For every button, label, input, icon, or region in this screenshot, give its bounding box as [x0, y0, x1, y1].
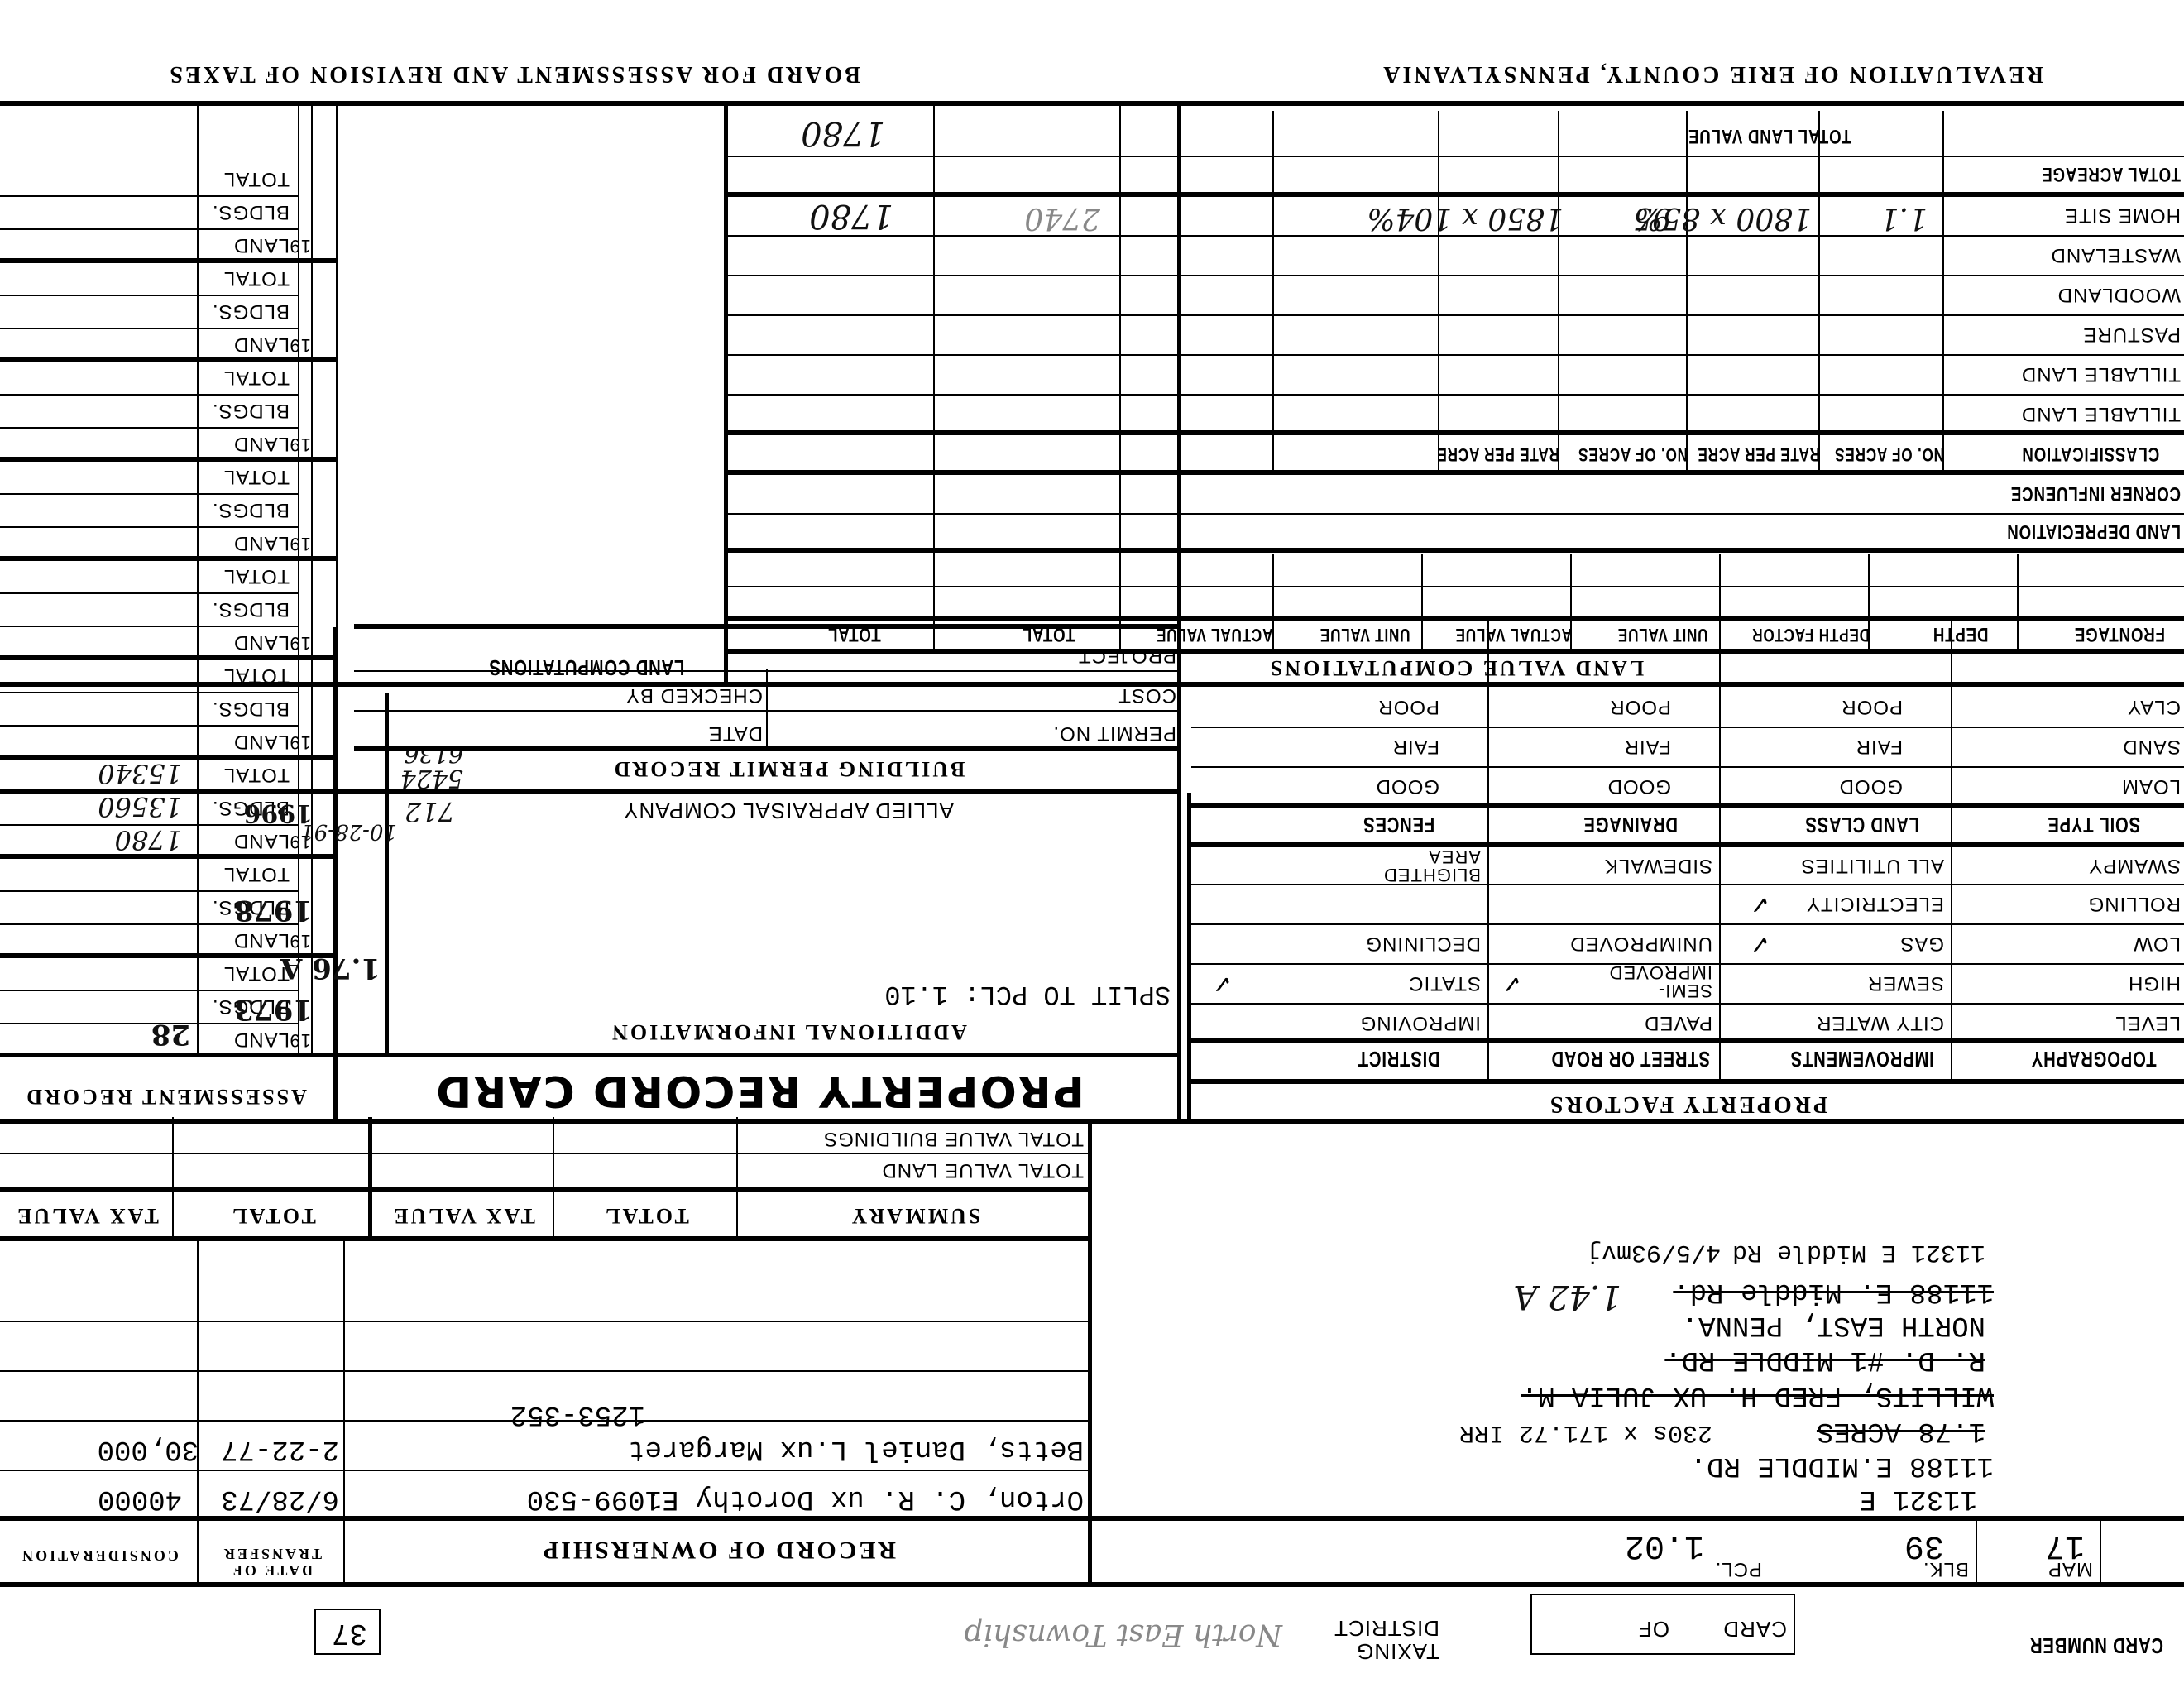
card-of-box: CARD OF: [1530, 1594, 1795, 1655]
improvement-city-water: CITY WATER: [1816, 1011, 1944, 1034]
semi-improved-check-icon: ✓: [1501, 969, 1522, 998]
topo-rolling: ROLLING: [2088, 892, 2181, 915]
soil-loam: LOAM: [2121, 774, 2181, 798]
assess-8-bldgs-label: BLDGS.: [212, 200, 290, 223]
owner-line-5: NORTH EAST, PENNA.: [1682, 1309, 1985, 1340]
improvement-sewer: SEWER: [1867, 971, 1944, 995]
deed-1: 1253-352: [510, 1398, 645, 1430]
class-woodland: WOODLAND: [2057, 283, 2181, 306]
fences-fair: FAIR: [1392, 735, 1439, 758]
district-static: STATIC: [1408, 971, 1481, 995]
unit-value-header-2: UNIT VALUE: [1307, 624, 1423, 645]
home-site-acres-1: 1.1: [1880, 201, 1928, 235]
drainage-poor: POOR: [1609, 695, 1671, 718]
handwritten-acreage-note: 1.42 A: [1513, 1278, 1621, 1316]
assess-8-year-prefix: 19: [290, 235, 311, 257]
assess-0-year-prefix: 19: [290, 1029, 311, 1051]
assess-8-land-label: LAND: [233, 233, 290, 257]
land-class-good: GOOD: [1839, 774, 1903, 798]
district-declining: DECLINING: [1365, 932, 1481, 955]
home-site-total-2: 1780: [809, 197, 893, 235]
footer-revaluation: REVALUATION OF ERIE COUNTY, PENNSYLVANIA: [1381, 60, 2043, 87]
land-class-header: LAND CLASS: [1772, 812, 1952, 837]
owner-line-6: 11188 E. Middle Rd.: [1673, 1276, 1994, 1307]
owner-dimensions: 230s x 171.72 IRR: [1459, 1418, 1712, 1446]
total-land-value-label: TOTAL LAND VALUE: [1355, 124, 2184, 147]
street-semi-improved: SEMI-IMPROVED: [1613, 963, 1712, 1000]
summary-tax-header-2: TAX VALUE: [0, 1203, 174, 1228]
soil-type-header: SOIL TYPE: [2004, 812, 2184, 837]
improvement-electricity: ELECTRICITY: [1806, 892, 1944, 915]
street-unimproved: UNIMPROVED: [1569, 932, 1712, 955]
permit-cost-label: COST: [1118, 683, 1176, 707]
summary-header: SUMMARY: [738, 1203, 1092, 1228]
blk-value: 39: [1904, 1527, 1944, 1564]
class-pasture: PASTURE: [2082, 323, 2181, 346]
no-acres-header-2: NO. OF ACRES: [1588, 444, 1688, 465]
assess-3-bldgs-label: BLDGS.: [212, 697, 290, 720]
total-header-1: TOTAL: [976, 622, 1122, 645]
street-sidewalk: SIDEWALK: [1604, 854, 1712, 877]
street-paved: PAVED: [1644, 1011, 1712, 1034]
assess-0-land-label: LAND: [233, 1028, 290, 1051]
owner-name-0: Orton, C. R. ux Dorothy E.: [645, 1483, 1085, 1514]
taxing-district-label: TAXING DISTRICT: [1315, 1617, 1439, 1663]
drainage-fair: FAIR: [1624, 735, 1671, 758]
owner-line-3: WILLITS, FRED H. UX JULIA M.: [1521, 1379, 1994, 1411]
transfer-date-0: 6/28/73: [221, 1483, 339, 1514]
pcl-value: 1.02: [1625, 1527, 1704, 1564]
assess-7-bldgs-label: BLDGS.: [212, 300, 290, 323]
assess-1-year-prefix: 19: [290, 930, 311, 952]
appraisal-code-712: 712: [405, 796, 455, 827]
assess-3-year-prefix: 19: [290, 731, 311, 753]
street-header: STREET OR ROAD: [1540, 1046, 1721, 1072]
assess-2-total-value: 15340: [98, 758, 182, 789]
fences-good: GOOD: [1376, 774, 1439, 798]
class-tillable-1: TILLABLE LAND: [2021, 402, 2181, 425]
improvements-header: IMPROVEMENTS: [1772, 1046, 1952, 1072]
pcl-label: PCL.: [1715, 1557, 1762, 1580]
assess-2-bldgs-value: 13560: [98, 791, 182, 822]
checked-by-label: CHECKED BY: [625, 683, 763, 707]
total-acreage-label: TOTAL ACREAGE: [2041, 162, 2181, 185]
assess-2-land-value: 1780: [115, 824, 182, 856]
summary-total-header-1: TOTAL: [554, 1203, 738, 1228]
owner-line-4: R. D. #1 MIDDLE RD.: [1664, 1344, 1985, 1375]
appraisal-company: ALLIED APPRAISAL COMPANY: [395, 798, 1181, 823]
assess-1-total-label: TOTAL: [223, 862, 290, 885]
of-label: OF: [1638, 1616, 1669, 1642]
district-code-box: 37: [314, 1609, 381, 1655]
district-improving: IMPROVING: [1360, 1011, 1481, 1034]
summary-row-land: TOTAL VALUE LAND: [881, 1158, 1084, 1182]
frontage-header: FRONTAGE: [2055, 622, 2184, 645]
address-note: 4/5/93mvj: [1587, 1238, 1721, 1266]
land-depreciation-label: LAND DEPRECIATION: [2006, 520, 2181, 543]
topo-level: LEVEL: [2115, 1011, 2181, 1034]
owner-name-1: Betts, Daniel L.ux Margaret: [628, 1433, 1084, 1465]
consideration-header: CONSIDERATION: [0, 1547, 199, 1564]
fences-header: FENCES: [1309, 812, 1489, 837]
unit-value-header-1: UNIT VALUE: [1605, 624, 1721, 645]
assess-6-land-label: LAND: [233, 432, 290, 455]
assess-7-year-prefix: 19: [290, 334, 311, 356]
consideration-0: 40000: [98, 1483, 182, 1514]
summary-total-header-2: TOTAL: [174, 1203, 372, 1228]
topography-header: TOPOGRAPHY: [2004, 1046, 2184, 1072]
assess-6-total-label: TOTAL: [223, 366, 290, 389]
transfer-date-1: 2-22-77: [221, 1433, 339, 1465]
permit-no-label: PERMIT NO.: [1052, 722, 1176, 745]
actual-value-header-2: ACTUAL VALUE: [1155, 624, 1274, 645]
assess-6-year-prefix: 19: [290, 434, 311, 455]
assess-4-land-label: LAND: [233, 631, 290, 654]
class-home-site: HOME SITE: [2064, 204, 2181, 227]
electricity-check-icon: ✓: [1749, 890, 1770, 918]
assess-2-land-label: LAND: [233, 829, 290, 852]
land-class-fair: FAIR: [1856, 735, 1903, 758]
assess-7-total-label: TOTAL: [223, 266, 290, 290]
actual-value-header-1: ACTUAL VALUE: [1456, 624, 1572, 645]
assess-1-year: 1978: [234, 894, 313, 927]
topo-swampy: SWAMPY: [2088, 854, 2181, 877]
assess-4-total-label: TOTAL: [223, 564, 290, 587]
appraisal-code-5424: 5424: [400, 764, 463, 793]
rate-per-acre-header-2: RATE PER ACRE: [1466, 444, 1559, 465]
static-check-icon: ✓: [1211, 969, 1233, 998]
rate-per-acre-header-1: RATE PER ACRE: [1717, 444, 1820, 465]
total-land-value: 1780: [801, 114, 885, 152]
assess-5-year-prefix: 19: [290, 533, 311, 554]
owner-line-0: 11321 E: [1859, 1483, 1977, 1514]
assess-4-year-prefix: 19: [290, 632, 311, 654]
consideration-1: 30,000: [98, 1433, 199, 1465]
assess-2-note: 10-28-91: [300, 819, 397, 844]
land-computations-title: LAND COMPUTATIONS: [457, 655, 716, 680]
summary-row-buildings: TOTAL VALUE BUILDINGS: [823, 1127, 1084, 1150]
date-of-transfer-header: DATE OF TRANSFER: [199, 1546, 345, 1579]
depth-header: DEPTH: [1903, 622, 2019, 645]
property-factors-title: PROPERTY FACTORS: [1191, 1091, 2184, 1117]
map-value: 17: [2045, 1527, 2085, 1564]
district-header: DISTRICT: [1309, 1046, 1489, 1072]
assess-5-bldgs-label: BLDGS.: [212, 498, 290, 521]
owner-line-2: 1.78 ACRES: [1817, 1415, 1985, 1446]
assess-8-total-label: TOTAL: [223, 167, 290, 190]
land-value-title: LAND VALUE COMPUTATIONS: [728, 655, 2184, 680]
summary-tax-header-1: TAX VALUE: [372, 1203, 554, 1228]
topo-low: LOW: [2133, 932, 2181, 955]
home-site-total-1: 2740: [1024, 201, 1100, 235]
topo-high: HIGH: [2128, 971, 2181, 995]
home-site-rate-2: 1850 x 104%: [1367, 201, 1564, 235]
new-address: 11321 E Middle Rd: [1732, 1238, 1985, 1266]
assess-3-land-label: LAND: [233, 730, 290, 753]
improvement-all-utilities: ALL UTILITIES: [1801, 854, 1945, 877]
drainage-good: GOOD: [1607, 774, 1671, 798]
card-label: CARD: [1722, 1616, 1787, 1642]
deed-0: 1099-530: [527, 1483, 662, 1514]
total-header-2: TOTAL: [773, 622, 935, 645]
class-tillable-2: TILLABLE LAND: [2021, 362, 2181, 386]
permit-date-label: DATE: [708, 722, 763, 745]
soil-clay: CLAY: [2127, 695, 2181, 718]
assess-0-extra: 28: [151, 1018, 190, 1051]
land-class-poor: POOR: [1841, 695, 1903, 718]
gas-check-icon: ✓: [1749, 929, 1770, 958]
classification-header: CLASSIFICATION: [1997, 442, 2184, 465]
appraisal-code-6136: 6136: [405, 741, 463, 768]
assess-1-land-label: LAND: [233, 928, 290, 952]
card-title: PROPERTY RECORD CARD: [338, 1066, 1181, 1115]
class-wasteland: WASTELAND: [2051, 243, 2181, 266]
assess-5-land-label: LAND: [233, 531, 290, 554]
additional-info-title: ADDITIONAL INFORMATION: [395, 1019, 1181, 1044]
owner-line-1: 11188 E.MIDDLE RD.: [1690, 1450, 1994, 1481]
property-record-card: CARD NUMBER CARD OF TAXING DISTRICT Nort…: [0, 0, 2184, 1688]
drainage-header: DRAINAGE: [1540, 812, 1721, 837]
corner-influence-label: CORNER INFLUENCE: [2010, 482, 2181, 505]
fences-poor: POOR: [1377, 695, 1439, 718]
no-acres-header-1: NO. OF ACRES: [1847, 444, 1944, 465]
assess-2-total-label: TOTAL: [223, 763, 290, 786]
footer-board: BOARD FOR ASSESSMENT AND REVISION OF TAX…: [167, 60, 860, 87]
soil-sand: SAND: [2122, 735, 2181, 758]
depth-factor-header: DEPTH FACTOR: [1754, 624, 1870, 645]
improvement-gas: GAS: [1899, 932, 1944, 955]
card-number-label: CARD NUMBER: [2029, 1635, 2163, 1657]
assess-7-land-label: LAND: [233, 333, 290, 356]
assess-5-total-label: TOTAL: [223, 465, 290, 488]
assess-0-year: 1973: [234, 993, 313, 1026]
district-blighted-area: BLIGHTED AREA: [1390, 847, 1481, 884]
building-permit-title: BUILDING PERMIT RECORD: [395, 756, 1181, 781]
ownership-title: RECORD OF OWNERSHIP: [345, 1536, 1092, 1564]
taxing-district-value: North East Township: [964, 1618, 1282, 1652]
home-site-acres-2: 95: [1633, 201, 1671, 235]
assess-6-bldgs-label: BLDGS.: [212, 399, 290, 422]
assess-3-total-label: TOTAL: [223, 664, 290, 687]
district-code: 37: [332, 1616, 367, 1650]
assess-0-total-label: TOTAL: [223, 961, 290, 985]
split-note: SPLIT TO PCL: 1.10: [884, 979, 1171, 1009]
assess-4-bldgs-label: BLDGS.: [212, 597, 290, 621]
assessment-record-title: ASSESSMENT RECORD: [0, 1084, 331, 1109]
